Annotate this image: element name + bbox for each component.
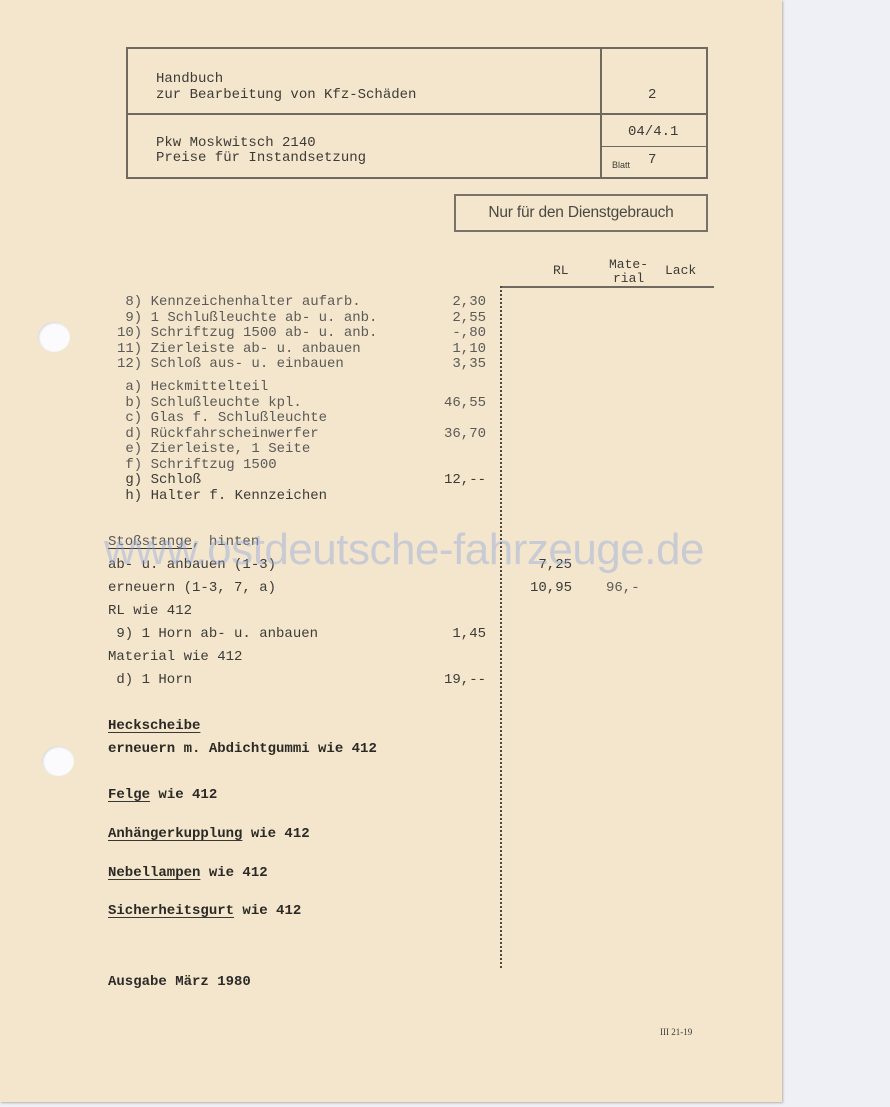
manual-title-line2: zur Bearbeitung von Kfz-Schäden bbox=[156, 87, 416, 103]
labor-item: 8) Kennzeichenhalter aufarb. bbox=[117, 295, 361, 311]
section-heading-rear-window: Heckscheibe bbox=[108, 719, 200, 735]
heading-text: Felge bbox=[108, 787, 150, 803]
website-watermark: www.ostdeutsche-fahrzeuge.de bbox=[104, 523, 704, 577]
section-code: 04/4.1 bbox=[628, 124, 678, 140]
rl-value: 10,95 bbox=[520, 581, 572, 597]
material-item: c) Glas f. Schlußleuchte bbox=[117, 411, 327, 427]
labor-price: 1,10 bbox=[420, 342, 486, 358]
heading-text: Sicherheitsgurt bbox=[108, 903, 234, 919]
labor-item: 12) Schloß aus- u. einbauen bbox=[117, 357, 344, 373]
section-heading-rim: Felge wie 412 bbox=[108, 788, 217, 804]
restricted-use-stamp: Nur für den Dienstgebrauch bbox=[454, 194, 708, 232]
sheet-number: 7 bbox=[648, 152, 656, 168]
material-item: e) Zierleiste, 1 Seite bbox=[117, 442, 310, 458]
heading-suffix: wie 412 bbox=[234, 903, 301, 919]
material-item: d) Rückfahrscheinwerfer bbox=[117, 427, 319, 443]
section-heading-fog-lamps: Nebellampen wie 412 bbox=[108, 866, 268, 882]
punch-hole bbox=[42, 746, 74, 776]
material-price: 36,70 bbox=[420, 427, 486, 443]
heading-suffix: wie 412 bbox=[242, 826, 309, 842]
table-column-rule bbox=[500, 286, 502, 968]
column-header-material-line1: Mate- bbox=[609, 258, 648, 271]
manual-title-line1: Handbuch bbox=[156, 71, 223, 87]
labor-price: -,80 bbox=[420, 326, 486, 342]
material-item: b) Schlußleuchte kpl. bbox=[117, 396, 302, 412]
column-header-rl: RL bbox=[553, 264, 569, 277]
section-heading-trailer-hitch: Anhängerkupplung wie 412 bbox=[108, 827, 310, 843]
heading-text: Anhängerkupplung bbox=[108, 826, 242, 842]
labor-item: 9) 1 Schlußleuchte ab- u. anb. bbox=[117, 311, 377, 327]
table-top-rule bbox=[500, 286, 714, 288]
material-item: f) Schriftzug 1500 bbox=[117, 458, 277, 474]
edition-date: Ausgabe März 1980 bbox=[108, 974, 251, 990]
bumper-row: Material wie 412 bbox=[108, 650, 242, 666]
material-price: 12,-- bbox=[420, 473, 486, 489]
labor-price: 3,35 bbox=[420, 357, 486, 373]
bumper-price: 1,45 bbox=[420, 627, 486, 643]
price-list-title: Preise für Instandsetzung bbox=[156, 150, 366, 166]
bumper-row: d) 1 Horn bbox=[108, 673, 192, 689]
bumper-price: 19,-- bbox=[420, 673, 486, 689]
heading-suffix: wie 412 bbox=[200, 865, 267, 881]
bumper-row: erneuern (1-3, 7, a) bbox=[108, 581, 276, 597]
labor-item: 10) Schriftzug 1500 ab- u. anb. bbox=[117, 326, 377, 342]
bumper-row: 9) 1 Horn ab- u. anbauen bbox=[108, 627, 318, 643]
labor-price: 2,30 bbox=[420, 295, 486, 311]
material-price: 46,55 bbox=[420, 396, 486, 412]
vehicle-title: Pkw Moskwitsch 2140 bbox=[156, 135, 316, 151]
column-header-lack: Lack bbox=[665, 264, 696, 277]
heading-suffix: wie 412 bbox=[150, 787, 217, 803]
labor-price: 2,55 bbox=[420, 311, 486, 327]
bumper-row: RL wie 412 bbox=[108, 604, 192, 620]
punch-hole bbox=[38, 322, 70, 352]
heading-text: Nebellampen bbox=[108, 865, 200, 881]
material-item: g) Schloß bbox=[117, 473, 201, 489]
material-item: a) Heckmittelteil bbox=[117, 380, 268, 396]
labor-item: 11) Zierleiste ab- u. anbauen bbox=[117, 342, 361, 358]
header-divider bbox=[600, 146, 706, 147]
heading-text: Heckscheibe bbox=[108, 718, 200, 734]
header-box: Handbuch zur Bearbeitung von Kfz-Schäden… bbox=[126, 47, 708, 179]
chapter-number: 2 bbox=[648, 87, 656, 103]
material-value: 96,- bbox=[606, 581, 640, 597]
rear-window-detail: erneuern m. Abdichtgummi wie 412 bbox=[108, 742, 377, 758]
sheet-label: Blatt bbox=[612, 157, 630, 173]
header-divider bbox=[128, 113, 706, 115]
column-header-material-line2: rial bbox=[613, 272, 644, 285]
material-item: h) Halter f. Kennzeichen bbox=[117, 489, 327, 505]
section-heading-seatbelt: Sicherheitsgurt wie 412 bbox=[108, 904, 301, 920]
print-code: III 21-19 bbox=[660, 1027, 692, 1037]
